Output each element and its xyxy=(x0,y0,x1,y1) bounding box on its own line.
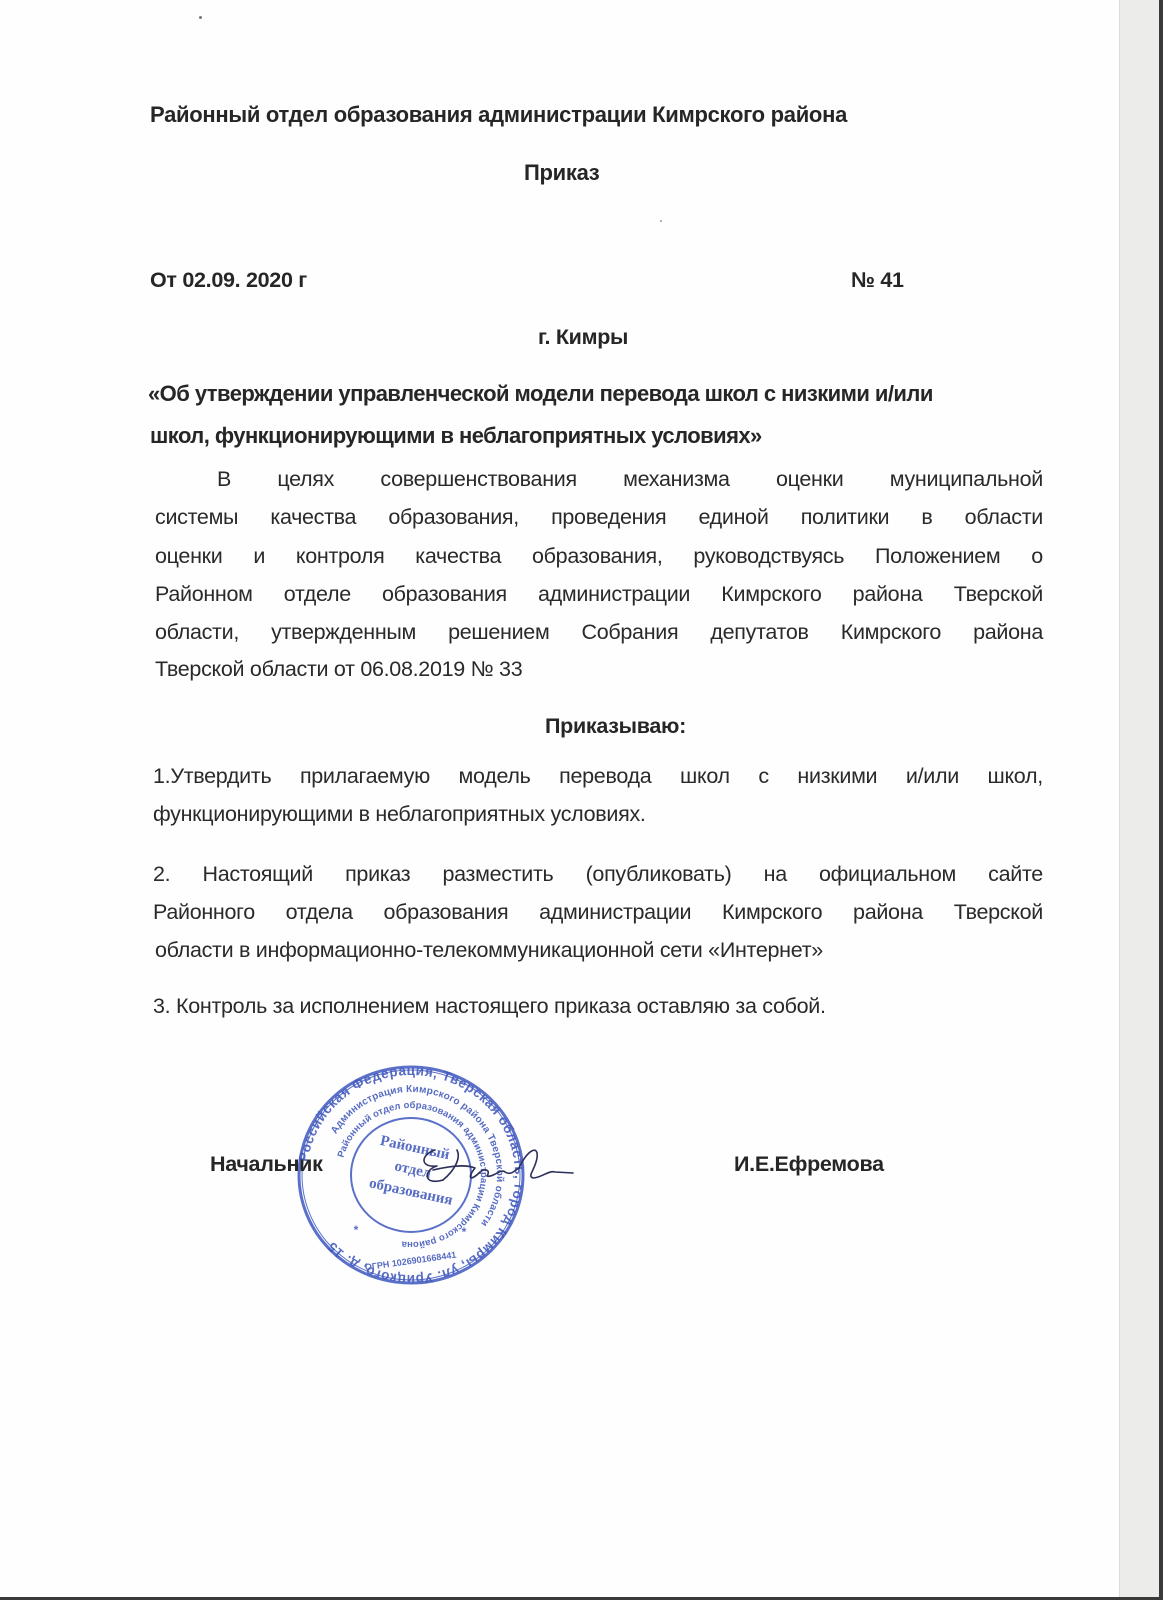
order-item-2-line: РайонногоотделаобразованияадминистрацииК… xyxy=(153,900,1043,925)
word: образования, xyxy=(532,544,663,569)
word: Районного xyxy=(153,900,255,925)
word: Тверской xyxy=(954,582,1043,607)
word: прилагаемую xyxy=(300,764,430,789)
word: школ, xyxy=(988,764,1043,789)
word: проведения xyxy=(551,505,666,530)
scanner-edge-right xyxy=(1159,0,1163,1600)
word: района xyxy=(853,900,923,925)
preamble-line: области,утвержденнымрешениемСобраниядепу… xyxy=(155,620,1043,645)
order-item-1-last-line: функционирующими в неблагоприятных услов… xyxy=(153,802,646,827)
word: сайте xyxy=(988,862,1043,887)
word: администрации xyxy=(539,900,691,925)
document-title-line: «Об утверждении управленческой модели пе… xyxy=(148,381,933,407)
word: администрации xyxy=(538,582,690,607)
word: совершенствования xyxy=(380,467,576,492)
word: качества xyxy=(270,505,356,530)
order-item-2-last-line: области в информационно-телекоммуникацио… xyxy=(155,938,823,963)
word: модель xyxy=(459,764,531,789)
word: Кимрского xyxy=(722,900,822,925)
word: 2. xyxy=(153,862,170,887)
svg-text:*: * xyxy=(354,1223,359,1237)
signatory-name: И.Е.Ефремова xyxy=(734,1152,884,1177)
word: района xyxy=(853,582,923,607)
scanned-page xyxy=(0,0,1119,1597)
word: В xyxy=(217,467,231,492)
preamble-line: оценкииконтролякачестваобразования,руков… xyxy=(155,544,1043,569)
word: контроля xyxy=(296,544,385,569)
order-item-1-line: 1.Утвердитьприлагаемуюмодельпереводашкол… xyxy=(153,764,1043,789)
word: разместить xyxy=(442,862,553,887)
word: 1.Утвердить xyxy=(153,764,271,789)
word: Собрания xyxy=(582,620,679,645)
organization-header: Районный отдел образования администрации… xyxy=(150,102,847,128)
document-title-line: школ, функционирующими в неблагоприятных… xyxy=(150,423,762,449)
preamble-line: системыкачестваобразования,проведенияеди… xyxy=(155,505,1043,530)
order-item-2-line: 2.Настоящийприказразместить(опубликовать… xyxy=(153,862,1043,887)
word: отделе xyxy=(284,582,351,607)
preamble-line: Вцеляхсовершенствованиямеханизмаоценкиму… xyxy=(217,467,1043,492)
word: о xyxy=(1031,544,1043,569)
scan-speck xyxy=(199,16,202,19)
document-type: Приказ xyxy=(524,160,599,186)
preamble-last-line: Тверской области от 06.08.2019 № 33 xyxy=(155,657,522,682)
word: Районном xyxy=(155,582,253,607)
word: Положением xyxy=(875,544,1000,569)
word: школ xyxy=(680,764,730,789)
word: Настоящий xyxy=(202,862,312,887)
word: области, xyxy=(155,620,239,645)
word: депутатов xyxy=(710,620,808,645)
word: утвержденным xyxy=(271,620,416,645)
handwritten-signature xyxy=(415,1140,575,1200)
word: решением xyxy=(448,620,549,645)
word: Кимрского xyxy=(721,582,821,607)
word: целях xyxy=(277,467,334,492)
word: приказ xyxy=(345,862,410,887)
word: механизма xyxy=(623,467,730,492)
word: единой xyxy=(698,505,768,530)
word: на xyxy=(764,862,787,887)
word: оценки xyxy=(776,467,843,492)
word: области xyxy=(965,505,1043,530)
word: образования, xyxy=(388,505,519,530)
order-item-3: 3. Контроль за исполнением настоящего пр… xyxy=(153,994,826,1019)
word: с xyxy=(758,764,768,789)
word: (опубликовать) xyxy=(586,862,732,887)
word: и/или xyxy=(906,764,959,789)
word: низкими xyxy=(797,764,877,789)
word: муниципальной xyxy=(890,467,1043,492)
svg-text:*: * xyxy=(462,1225,467,1239)
word: района xyxy=(973,620,1043,645)
word: качества xyxy=(415,544,501,569)
word: руководствуясь xyxy=(693,544,844,569)
word: Тверской xyxy=(954,900,1043,925)
document-number: № 41 xyxy=(851,268,904,293)
word: официальном xyxy=(819,862,956,887)
word: отдела xyxy=(286,900,353,925)
signatory-title: Начальник xyxy=(210,1152,323,1177)
scanner-edge-strip xyxy=(1119,0,1160,1597)
word: Кимрского xyxy=(841,620,941,645)
document-date: От 02.09. 2020 г xyxy=(150,268,307,293)
word: политики xyxy=(801,505,890,530)
word: образования xyxy=(384,900,509,925)
word: системы xyxy=(155,505,238,530)
order-heading: Приказываю: xyxy=(545,714,686,739)
word: оценки xyxy=(155,544,222,569)
word: перевода xyxy=(559,764,651,789)
word: и xyxy=(253,544,265,569)
scan-speck xyxy=(660,220,662,222)
preamble-line: РайонномотделеобразованияадминистрацииКи… xyxy=(155,582,1043,607)
word: образования xyxy=(382,582,507,607)
document-city: г. Кимры xyxy=(538,325,628,350)
word: в xyxy=(921,505,932,530)
